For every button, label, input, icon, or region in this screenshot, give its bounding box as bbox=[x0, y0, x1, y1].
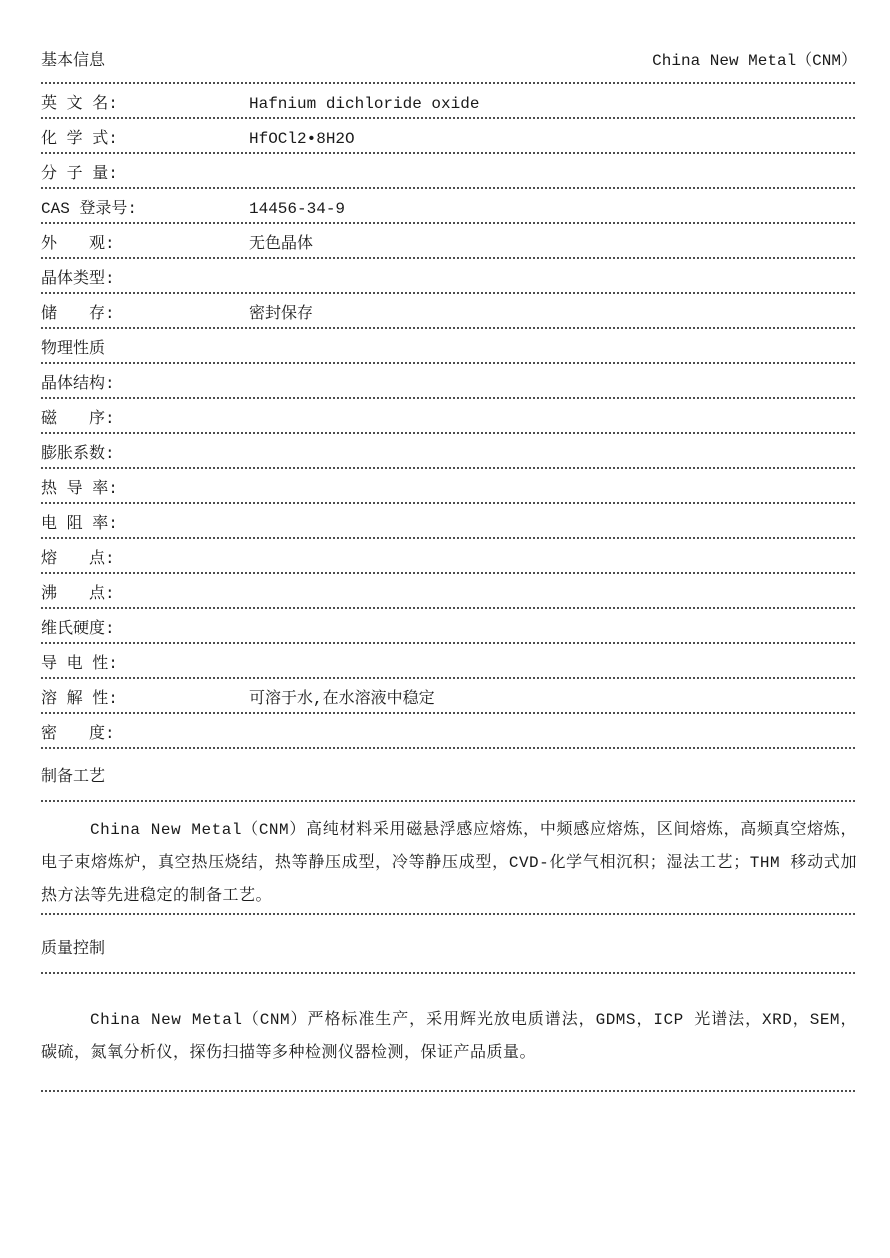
field-row: 熔 点: bbox=[41, 539, 857, 572]
field-label: 外 观: bbox=[41, 236, 249, 253]
field-label: 英 文 名: bbox=[41, 96, 249, 113]
field-label: 磁 序: bbox=[41, 411, 249, 428]
field-row: 晶体类型: bbox=[41, 259, 857, 292]
field-row: 维氏硬度: bbox=[41, 609, 857, 642]
field-row: 化 学 式: HfOCl2•8H2O bbox=[41, 119, 857, 152]
field-row: 英 文 名: Hafnium dichloride oxide bbox=[41, 84, 857, 117]
section-title-basic-info: 基本信息 bbox=[41, 53, 105, 70]
field-label: 膨胀系数: bbox=[41, 446, 249, 463]
field-label: 电 阻 率: bbox=[41, 516, 249, 533]
field-row: 膨胀系数: bbox=[41, 434, 857, 467]
section-title-quality-control: 质量控制 bbox=[41, 941, 105, 958]
field-row: 外 观: 无色晶体 bbox=[41, 224, 857, 257]
field-value: HfOCl2•8H2O bbox=[249, 131, 857, 148]
field-row: 晶体结构: bbox=[41, 364, 857, 397]
field-label: 晶体类型: bbox=[41, 271, 249, 288]
field-label: 沸 点: bbox=[41, 586, 249, 603]
field-label: 密 度: bbox=[41, 726, 249, 743]
field-label: 分 子 量: bbox=[41, 166, 249, 183]
section-header-physical-properties: 物理性质 bbox=[41, 329, 857, 362]
field-row: 沸 点: bbox=[41, 574, 857, 607]
field-label: 溶 解 性: bbox=[41, 691, 249, 708]
dashed-divider bbox=[41, 1090, 857, 1092]
company-name: China New Metal（CNM） bbox=[652, 53, 857, 70]
field-label: 熔 点: bbox=[41, 551, 249, 568]
field-label: 储 存: bbox=[41, 306, 249, 323]
field-label: 热 导 率: bbox=[41, 481, 249, 498]
field-row: 密 度: bbox=[41, 714, 857, 747]
section-title-physical-properties: 物理性质 bbox=[41, 341, 105, 358]
physical-properties-rows: 晶体结构: 磁 序: 膨胀系数: 热 导 率: 电 阻 bbox=[41, 364, 857, 749]
field-label: 导 电 性: bbox=[41, 656, 249, 673]
field-value: 密封保存 bbox=[249, 306, 857, 323]
field-label: 维氏硬度: bbox=[41, 621, 249, 638]
field-value: 14456-34-9 bbox=[249, 201, 857, 218]
field-row: CAS 登录号: 14456-34-9 bbox=[41, 189, 857, 222]
datasheet-page: 基本信息 China New Metal（CNM） 英 文 名: Hafnium… bbox=[0, 0, 890, 1258]
field-row: 分 子 量: bbox=[41, 154, 857, 187]
field-value: 无色晶体 bbox=[249, 236, 857, 253]
page-header: 基本信息 China New Metal（CNM） bbox=[41, 45, 857, 82]
field-row: 磁 序: bbox=[41, 399, 857, 432]
section-header-preparation: 制备工艺 bbox=[41, 749, 857, 800]
field-row: 导 电 性: bbox=[41, 644, 857, 677]
quality-control-paragraph: China New Metal（CNM）严格标准生产，采用辉光放电质谱法，GDM… bbox=[41, 974, 857, 1090]
field-label: 晶体结构: bbox=[41, 376, 249, 393]
preparation-paragraph: China New Metal（CNM）高纯材料采用磁悬浮感应熔炼，中频感应熔炼… bbox=[41, 802, 857, 913]
section-title-preparation: 制备工艺 bbox=[41, 769, 105, 786]
field-row: 溶 解 性: 可溶于水,在水溶液中稳定 bbox=[41, 679, 857, 712]
field-row: 电 阻 率: bbox=[41, 504, 857, 537]
field-label: 化 学 式: bbox=[41, 131, 249, 148]
field-value: Hafnium dichloride oxide bbox=[249, 96, 857, 113]
section-header-quality-control: 质量控制 bbox=[41, 915, 857, 972]
field-row: 热 导 率: bbox=[41, 469, 857, 502]
field-row: 储 存: 密封保存 bbox=[41, 294, 857, 327]
field-label: CAS 登录号: bbox=[41, 201, 249, 218]
basic-info-rows: 英 文 名: Hafnium dichloride oxide 化 学 式: H… bbox=[41, 84, 857, 329]
field-value: 可溶于水,在水溶液中稳定 bbox=[249, 691, 857, 708]
